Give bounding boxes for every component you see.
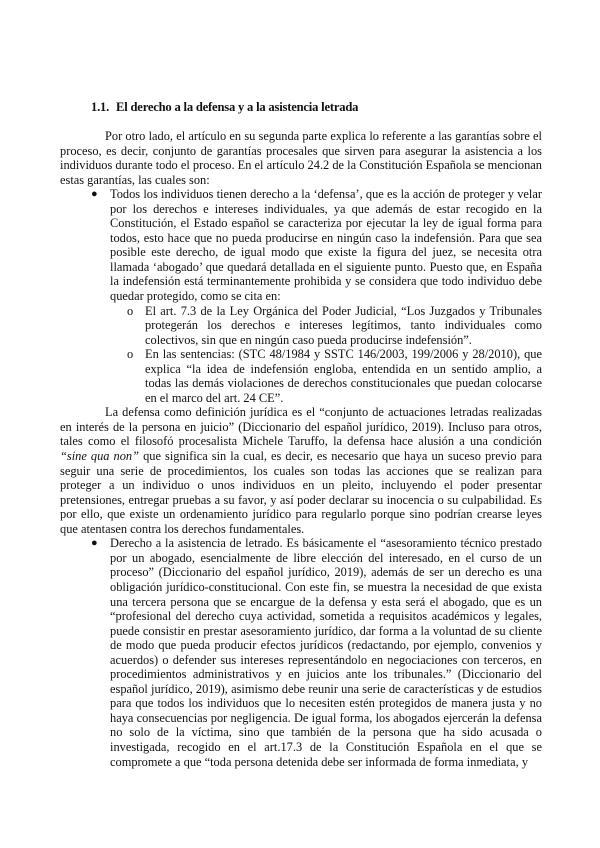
intro-paragraph: Por otro lado, el artículo en su segunda… [60, 129, 542, 187]
sub-bullet-icon: o [127, 347, 133, 362]
list-item-text: Derecho a la asistencia de letrado. Es b… [110, 536, 542, 768]
document-page: 1.1. El derecho a la defensa y a la asis… [60, 100, 542, 769]
latin-phrase: “sine qua non” [60, 449, 139, 463]
sublist-item-sentencias: o En las sentencias: (STC 48/1984 y SSTC… [145, 347, 542, 405]
citation-sublist: o El art. 7.3 de la Ley Orgánica del Pod… [110, 304, 542, 406]
list-item-text: Todos los individuos tienen derecho a la… [110, 187, 542, 303]
guarantees-list: ● Todos los individuos tienen derecho a … [60, 187, 542, 405]
guarantees-list-continued: ● Derecho a la asistencia de letrado. Es… [60, 536, 542, 769]
bullet-icon: ● [91, 536, 98, 551]
paragraph-text: La defensa como definición jurídica es e… [60, 405, 542, 448]
defensa-definition-paragraph: La defensa como definición jurídica es e… [60, 405, 542, 536]
section-number: 1.1. [91, 100, 109, 114]
sublist-item-text: El art. 7.3 de la Ley Orgánica del Poder… [145, 304, 542, 347]
sublist-item-text: En las sentencias: (STC 48/1984 y SSTC 1… [145, 347, 542, 405]
list-item-defensa: ● Todos los individuos tienen derecho a … [110, 187, 542, 405]
sub-bullet-icon: o [127, 304, 133, 319]
section-heading: 1.1. El derecho a la defensa y a la asis… [91, 100, 542, 115]
sublist-item-lopj: o El art. 7.3 de la Ley Orgánica del Pod… [145, 304, 542, 348]
section-title: El derecho a la defensa y a la asistenci… [116, 100, 358, 114]
bullet-icon: ● [91, 187, 98, 202]
list-item-asistencia-letrado: ● Derecho a la asistencia de letrado. Es… [110, 536, 542, 769]
